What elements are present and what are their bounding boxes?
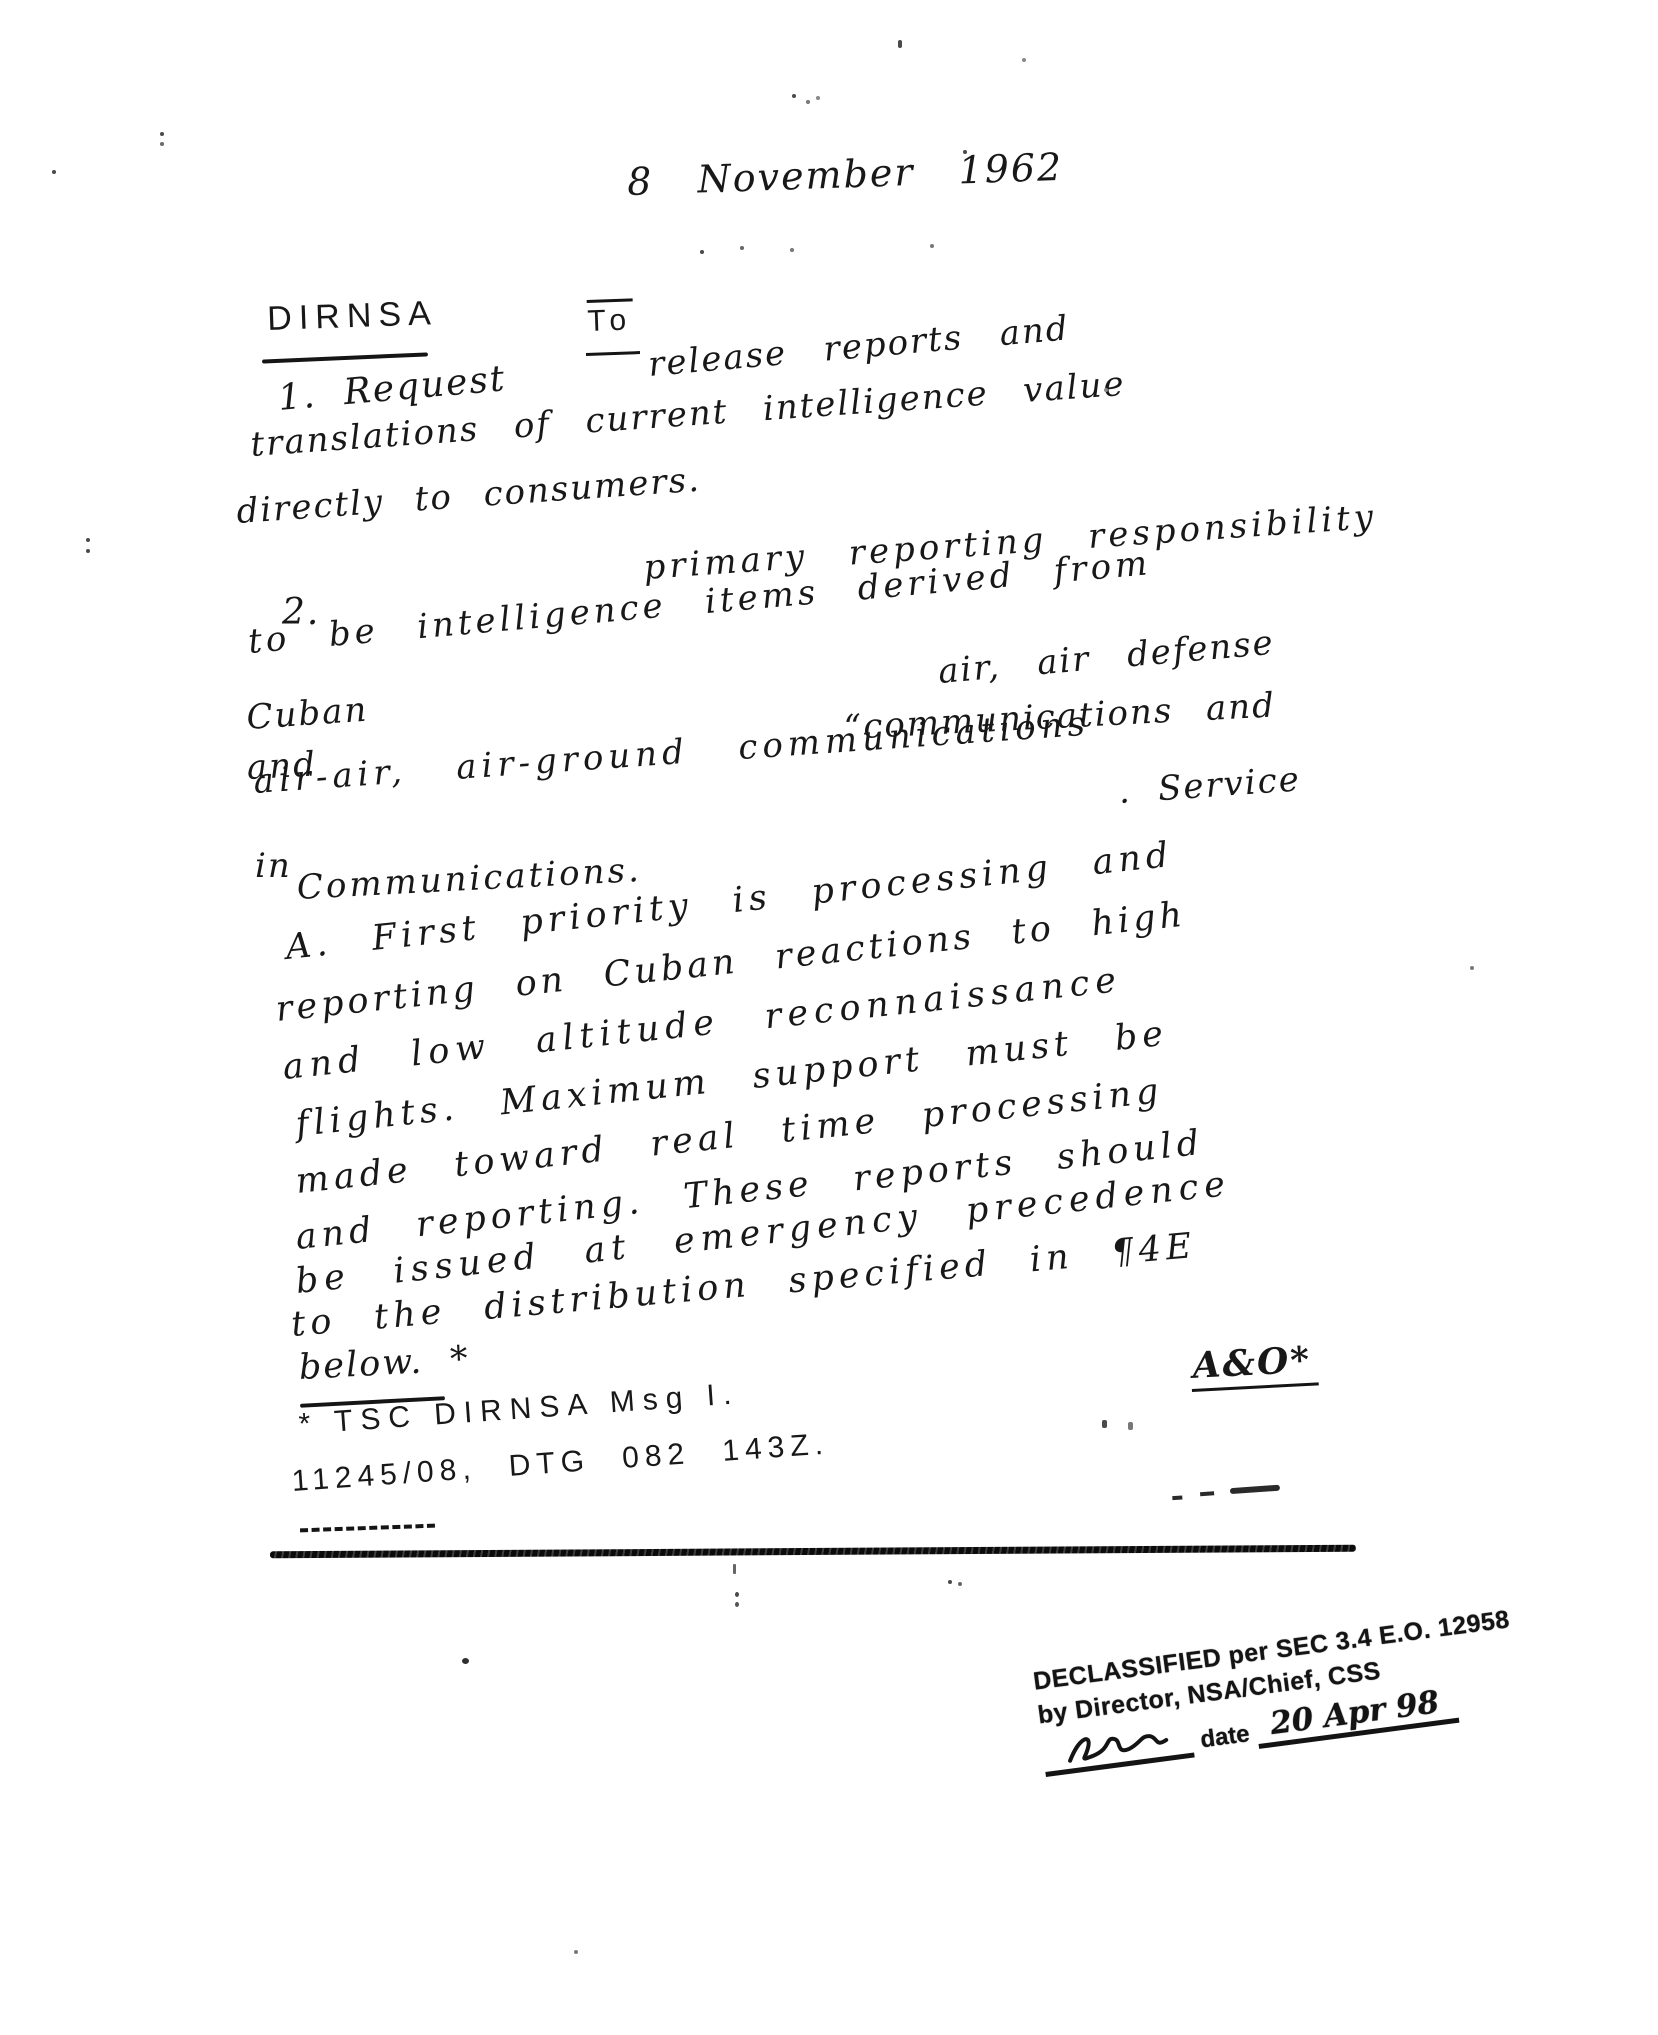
footnote-line: * TSC DIRNSA Msg I. [298, 1377, 741, 1442]
memo-addressee: DIRNSA [267, 294, 439, 339]
memo-date: 8 November 1962 [626, 145, 1063, 204]
scan-noise [733, 1564, 736, 1574]
addressee-underline [262, 352, 428, 363]
page-divider-rule [270, 1545, 1356, 1559]
scan-noise [792, 94, 796, 98]
margin-annotation: A&O* [1190, 1338, 1319, 1392]
memo-line: air-air, air-ground communications [252, 704, 1091, 802]
memo-line: air, air defense [937, 623, 1277, 692]
declassification-stamp: DECLASSIFIED per SEC 3.4 E.O. 12958 by D… [1031, 1600, 1541, 1777]
scan-noise [735, 1592, 739, 1597]
scan-noise [948, 1580, 952, 1584]
memo-line: below. * [298, 1339, 471, 1388]
stray-pen-marks [1172, 1480, 1293, 1502]
scanned-memo-page: 8 November 1962 DIRNSA To 1. Request rel… [0, 0, 1658, 2035]
scan-noise [1104, 388, 1108, 392]
stamp-date-label: date [1199, 1720, 1252, 1754]
scan-noise [86, 538, 90, 542]
scan-noise [462, 1658, 469, 1664]
memo-line: directly to consumers. [235, 460, 702, 532]
scan-noise [574, 1950, 578, 1954]
footnote-line: 11245/08, DTG 082 143Z. [291, 1428, 830, 1499]
scan-noise [52, 170, 56, 174]
memo-line: in [255, 846, 292, 886]
scan-noise [160, 132, 164, 136]
memo-line: . Service [1117, 759, 1302, 812]
scan-noise [700, 250, 704, 254]
scan-noise [1022, 58, 1026, 62]
footnote-underline-dash [300, 1524, 435, 1533]
to-underline [586, 351, 640, 356]
memo-line: Cuban [245, 690, 369, 738]
scan-noise [963, 150, 967, 154]
scan-noise [898, 40, 902, 48]
scan-noise [1102, 1420, 1107, 1428]
scan-noise [1470, 966, 1474, 970]
memo-to-label: To [587, 298, 634, 339]
